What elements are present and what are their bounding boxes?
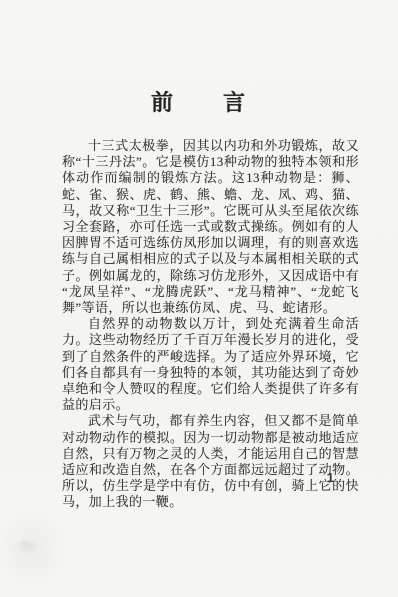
paragraph-3: 武术与气功，都有养生内容，但又都不是简单对动物动作的模拟。因为一切动物都是被动地… bbox=[62, 413, 359, 510]
scan-smudge bbox=[14, 538, 40, 554]
scanned-page: 前 言 十三式太极拳，因其以内功和外功锻炼，故又称“十三丹法”。它是模仿13种动… bbox=[0, 0, 398, 597]
preface-body: 十三式太极拳，因其以内功和外功锻炼，故又称“十三丹法”。它是模仿13种动物的独特… bbox=[62, 138, 359, 511]
page-number: 1 bbox=[327, 470, 334, 485]
page-title: 前 言 bbox=[0, 0, 398, 117]
paragraph-1: 十三式太极拳，因其以内功和外功锻炼，故又称“十三丹法”。它是模仿13种动物的独特… bbox=[62, 138, 359, 316]
paragraph-2: 自然界的动物数以万计，到处充满着生命活力。这些动物经历了千百万年漫长岁月的进化，… bbox=[62, 316, 359, 413]
